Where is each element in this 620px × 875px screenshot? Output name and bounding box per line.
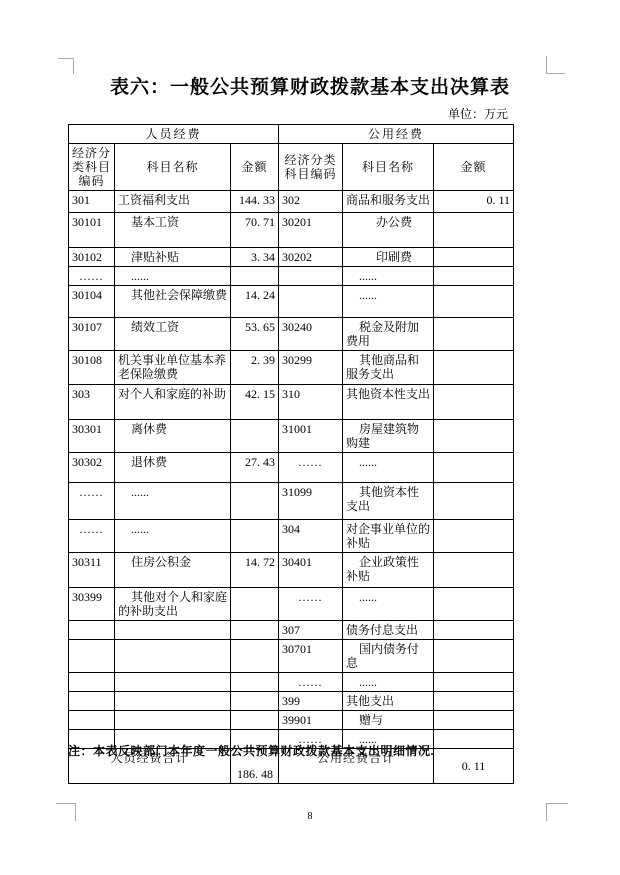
amount-cell <box>231 640 279 673</box>
code-cell: 30104 <box>69 286 115 318</box>
page-title: 表六：一般公共预算财政拨款基本支出决算表 <box>0 72 620 99</box>
subject-name-cell: ...... <box>343 673 434 692</box>
subject-name-cell: 基本工资 <box>115 213 231 248</box>
subject-name-cell: 国内债务付息 <box>343 640 434 673</box>
table-row: 30101基本工资70. 7130201办公费 <box>69 213 514 248</box>
code-cell: 303 <box>69 385 115 420</box>
table-row: 30301离休费31001房屋建筑物购建 <box>69 420 514 453</box>
code-cell: 31099 <box>279 483 343 520</box>
subject-name-cell: 办公费 <box>343 213 434 248</box>
amount-cell <box>434 213 514 248</box>
table-row: 30399其他对个人和家庭的补助支出............ <box>69 588 514 621</box>
code-cell: 31001 <box>279 420 343 453</box>
code-cell: 30201 <box>279 213 343 248</box>
table-row: 30107绩效工资53. 6530240税金及附加费用 <box>69 318 514 351</box>
amount-cell <box>434 483 514 520</box>
code-cell: ...... <box>69 267 115 286</box>
subject-name-cell: 税金及附加费用 <box>343 318 434 351</box>
code-cell: 30202 <box>279 248 343 267</box>
table-row: .................. <box>69 267 514 286</box>
amount-cell: 70. 71 <box>231 213 279 248</box>
subject-name-cell: 赠与 <box>343 711 434 730</box>
col-header-code-left: 经济分类科目编码 <box>69 144 115 191</box>
code-cell <box>69 621 115 640</box>
subject-name-cell: 离休费 <box>115 420 231 453</box>
code-cell: ...... <box>69 520 115 553</box>
table-row: 303对个人和家庭的补助42. 15310其他资本性支出 <box>69 385 514 420</box>
code-cell <box>69 692 115 711</box>
amount-cell <box>231 711 279 730</box>
amount-cell <box>434 520 514 553</box>
subject-name-cell: ...... <box>343 286 434 318</box>
subject-name-cell: ...... <box>343 588 434 621</box>
amount-cell <box>434 621 514 640</box>
subject-name-cell: 住房公积金 <box>115 553 231 588</box>
code-cell <box>69 673 115 692</box>
subject-name-cell <box>115 692 231 711</box>
subject-name-cell: 其他资本性支出 <box>343 385 434 420</box>
amount-cell <box>231 692 279 711</box>
amount-cell <box>434 673 514 692</box>
table-row: 30102津贴补贴3. 3430202印刷费 <box>69 248 514 267</box>
code-cell: 304 <box>279 520 343 553</box>
subject-name-cell: 其他对个人和家庭的补助支出 <box>115 588 231 621</box>
subject-name-cell: 津贴补贴 <box>115 248 231 267</box>
amount-cell <box>231 420 279 453</box>
subject-name-cell: 其他支出 <box>343 692 434 711</box>
code-cell: 307 <box>279 621 343 640</box>
code-cell: 302 <box>279 191 343 213</box>
subject-name-cell: ...... <box>343 267 434 286</box>
code-cell: 30299 <box>279 351 343 385</box>
amount-cell <box>434 640 514 673</box>
col-header-subject-left: 科目名称 <box>115 144 231 191</box>
amount-cell <box>434 385 514 420</box>
table-row: 30701国内债务付息 <box>69 640 514 673</box>
page-number: 8 <box>0 811 620 822</box>
amount-cell: 3. 34 <box>231 248 279 267</box>
amount-cell: 14. 72 <box>231 553 279 588</box>
subject-name-cell: 对个人和家庭的补助 <box>115 385 231 420</box>
code-cell: ...... <box>69 483 115 520</box>
column-header-row: 经济分类科目编码 科目名称 金额 经济分类科目编码 科目名称 金额 <box>69 144 514 191</box>
code-cell: 30301 <box>69 420 115 453</box>
amount-cell <box>434 248 514 267</box>
subject-name-cell: 绩效工资 <box>115 318 231 351</box>
subject-name-cell: 工资福利支出 <box>115 191 231 213</box>
col-header-amount-right: 金额 <box>434 144 514 191</box>
code-cell: 30107 <box>69 318 115 351</box>
code-cell: 30701 <box>279 640 343 673</box>
code-cell: 30311 <box>69 553 115 588</box>
amount-cell: 144. 33 <box>231 191 279 213</box>
table-body: 301工资福利支出144. 33302商品和服务支出0. 1130101基本工资… <box>69 191 514 749</box>
table-row: 30104其他社会保障缴费14. 24...... <box>69 286 514 318</box>
amount-cell: 0. 11 <box>434 191 514 213</box>
code-cell: ...... <box>279 673 343 692</box>
amount-cell <box>231 621 279 640</box>
amount-cell <box>434 351 514 385</box>
table-row: ............ <box>69 673 514 692</box>
code-cell: 399 <box>279 692 343 711</box>
subject-name-cell: ...... <box>343 453 434 483</box>
code-cell: ...... <box>279 453 343 483</box>
subject-name-cell: 印刷费 <box>343 248 434 267</box>
amount-cell <box>434 553 514 588</box>
document-page: 表六：一般公共预算财政拨款基本支出决算表 单位：万元 人员经费 公用经费 经济分… <box>0 0 620 875</box>
amount-cell: 14. 24 <box>231 286 279 318</box>
table-row: 30302退休费27. 43............ <box>69 453 514 483</box>
table-row: 30311住房公积金14. 7230401企业政策性补贴 <box>69 553 514 588</box>
amount-cell: 42. 15 <box>231 385 279 420</box>
amount-cell <box>231 483 279 520</box>
code-cell: 39901 <box>279 711 343 730</box>
subject-name-cell <box>115 640 231 673</box>
table-row: 39901赠与 <box>69 711 514 730</box>
col-header-amount-left: 金额 <box>231 144 279 191</box>
code-cell: 301 <box>69 191 115 213</box>
col-header-code-right: 经济分类科目编码 <box>279 144 343 191</box>
group-header-public-funds: 公用经费 <box>279 125 514 144</box>
code-cell <box>69 711 115 730</box>
subject-name-cell: 企业政策性补贴 <box>343 553 434 588</box>
amount-cell: 27. 43 <box>231 453 279 483</box>
amount-cell: 53. 65 <box>231 318 279 351</box>
table-row: 301工资福利支出144. 33302商品和服务支出0. 11 <box>69 191 514 213</box>
amount-cell <box>231 267 279 286</box>
amount-cell <box>434 286 514 318</box>
basic-expenditure-table: 人员经费 公用经费 经济分类科目编码 科目名称 金额 经济分类科目编码 科目名称… <box>68 124 514 784</box>
amount-cell <box>231 673 279 692</box>
table-row: 30108机关事业单位基本养老保险缴费2. 3930299其他商品和服务支出 <box>69 351 514 385</box>
code-cell: 30101 <box>69 213 115 248</box>
code-cell <box>69 640 115 673</box>
code-cell <box>279 267 343 286</box>
amount-cell <box>434 453 514 483</box>
code-cell: 30401 <box>279 553 343 588</box>
col-header-subject-right: 科目名称 <box>343 144 434 191</box>
group-header-personnel-funds: 人员经费 <box>69 125 279 144</box>
subject-name-cell: 对企事业单位的补贴 <box>343 520 434 553</box>
amount-cell: 2. 39 <box>231 351 279 385</box>
amount-cell <box>434 318 514 351</box>
subject-name-cell: ...... <box>115 483 231 520</box>
subject-name-cell: 其他商品和服务支出 <box>343 351 434 385</box>
table-row: ............31099其他资本性支出 <box>69 483 514 520</box>
subject-name-cell <box>115 711 231 730</box>
subject-name-cell: ...... <box>115 267 231 286</box>
code-cell: 30302 <box>69 453 115 483</box>
unit-label: 单位：万元 <box>68 105 513 122</box>
subject-name-cell: ...... <box>115 520 231 553</box>
subject-name-cell: 机关事业单位基本养老保险缴费 <box>115 351 231 385</box>
table-row: 399其他支出 <box>69 692 514 711</box>
code-cell: 310 <box>279 385 343 420</box>
amount-cell <box>434 692 514 711</box>
subject-name-cell: 债务付息支出 <box>343 621 434 640</box>
amount-cell <box>434 267 514 286</box>
table-note: 注：本表反映部门本年度一般公共预算财政拨款基本支出明细情况. <box>68 742 558 759</box>
subject-name-cell: 退休费 <box>115 453 231 483</box>
subject-name-cell: 其他社会保障缴费 <box>115 286 231 318</box>
amount-cell <box>434 588 514 621</box>
subject-name-cell <box>115 673 231 692</box>
code-cell: 30108 <box>69 351 115 385</box>
amount-cell <box>231 588 279 621</box>
subject-name-cell <box>115 621 231 640</box>
subject-name-cell: 商品和服务支出 <box>343 191 434 213</box>
amount-cell <box>231 520 279 553</box>
code-cell: ...... <box>279 588 343 621</box>
amount-cell <box>434 711 514 730</box>
amount-cell <box>434 420 514 453</box>
group-header-row: 人员经费 公用经费 <box>69 125 514 144</box>
subject-name-cell: 房屋建筑物购建 <box>343 420 434 453</box>
subject-name-cell: 其他资本性支出 <box>343 483 434 520</box>
code-cell: 30240 <box>279 318 343 351</box>
code-cell: 30399 <box>69 588 115 621</box>
code-cell <box>279 286 343 318</box>
table-row: 307债务付息支出 <box>69 621 514 640</box>
table-row: ............304对企事业单位的补贴 <box>69 520 514 553</box>
code-cell: 30102 <box>69 248 115 267</box>
